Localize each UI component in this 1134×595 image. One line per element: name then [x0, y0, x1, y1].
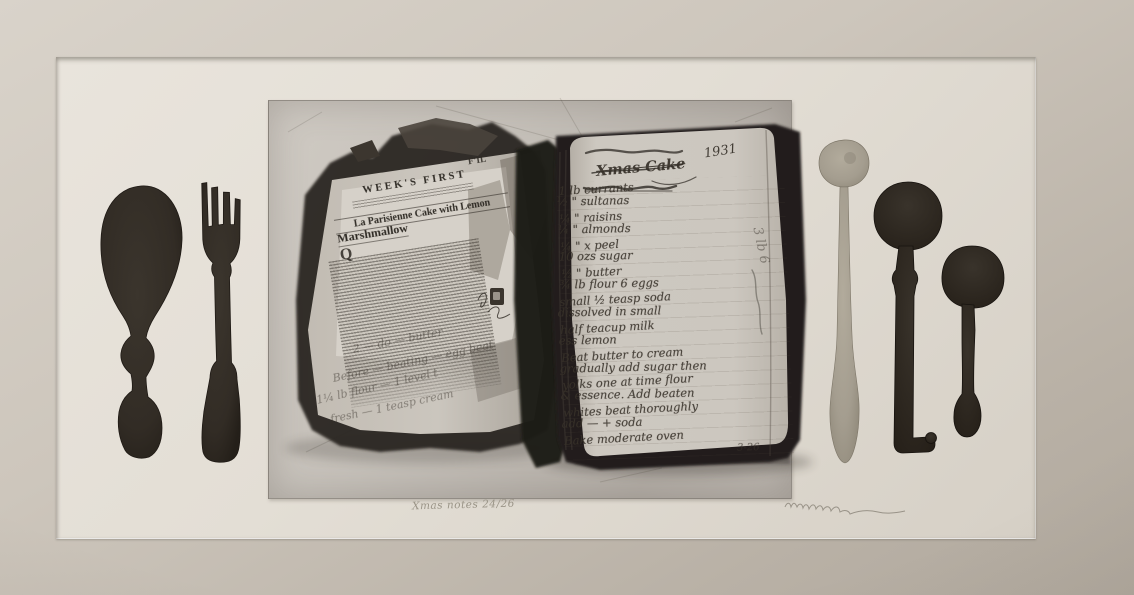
- long-spoon-silhouette: [819, 140, 869, 463]
- recipe-lines: 1 lb currants ½ " sultanas ¼ " raisins ¼…: [556, 175, 794, 461]
- book-clasp: [490, 288, 504, 305]
- artist-signature: [785, 503, 905, 514]
- small-spoon-silhouette: [942, 246, 1004, 437]
- ladle-spoon-silhouette: [874, 182, 942, 453]
- framed-print-photo: WEEK'S FIRST F'IL La Parisienne Cake wit…: [0, 0, 1134, 595]
- serving-spoon-silhouette: [101, 186, 182, 458]
- fork-silhouette: [192, 182, 249, 462]
